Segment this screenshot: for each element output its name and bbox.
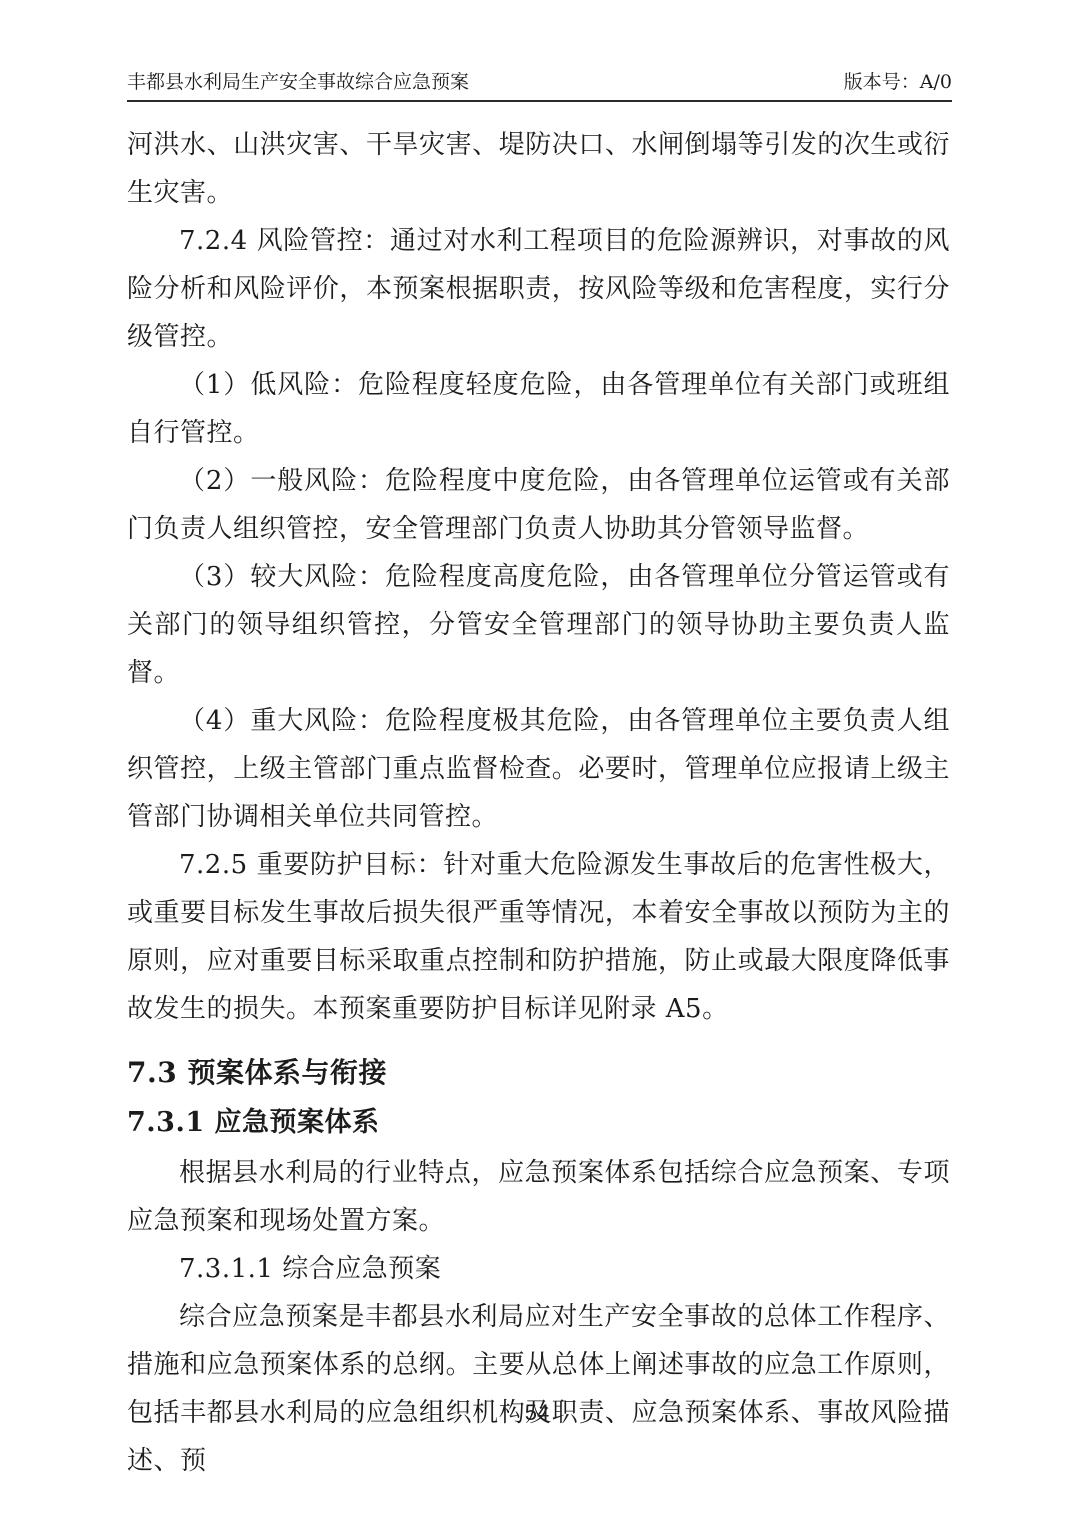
- page-header: 丰都县水利局生产安全事故综合应急预案 版本号：A/0: [127, 70, 952, 102]
- paragraph: 7.2.4 风险管控：通过对水利工程项目的危险源辨识，对事故的风险分析和风险评价…: [127, 217, 950, 361]
- section-heading: 7.3.1 应急预案体系: [127, 1099, 950, 1147]
- paragraph: 河洪水、山洪灾害、干旱灾害、堤防决口、水闸倒塌等引发的次生或衍生灾害。: [127, 121, 950, 217]
- paragraph: 综合应急预案是丰都县水利局应对生产安全事故的总体工作程序、措施和应急预案体系的总…: [127, 1293, 950, 1485]
- paragraph: 根据县水利局的行业特点，应急预案体系包括综合应急预案、专项应急预案和现场处置方案…: [127, 1149, 950, 1245]
- paragraph: （1）低风险：危险程度轻度危险，由各管理单位有关部门或班组自行管控。: [127, 361, 950, 457]
- paragraph: 7.2.5 重要防护目标：针对重大危险源发生事故后的危害性极大，或重要目标发生事…: [127, 841, 950, 1033]
- header-version-label: 版本号：A/0: [844, 70, 952, 94]
- paragraph: （2）一般风险：危险程度中度危险，由各管理单位运管或有关部门负责人组织管控，安全…: [127, 457, 950, 553]
- page-footer: 54: [0, 1400, 1074, 1426]
- paragraph: （4）重大风险：危险程度极其危险，由各管理单位主要负责人组织管控，上级主管部门重…: [127, 697, 950, 841]
- document-body: 河洪水、山洪灾害、干旱灾害、堤防决口、水闸倒塌等引发的次生或衍生灾害。7.2.4…: [127, 121, 950, 1485]
- section-heading: 7.3 预案体系与衔接: [127, 1049, 950, 1097]
- paragraph: （3）较大风险：危险程度高度危险，由各管理单位分管运管或有关部门的领导组织管控，…: [127, 553, 950, 697]
- paragraph: 7.3.1.1 综合应急预案: [127, 1245, 950, 1293]
- document-page: 丰都县水利局生产安全事故综合应急预案 版本号：A/0 河洪水、山洪灾害、干旱灾害…: [0, 0, 1074, 1520]
- header-title: 丰都县水利局生产安全事故综合应急预案: [127, 70, 469, 94]
- page-number: 54: [525, 1400, 549, 1425]
